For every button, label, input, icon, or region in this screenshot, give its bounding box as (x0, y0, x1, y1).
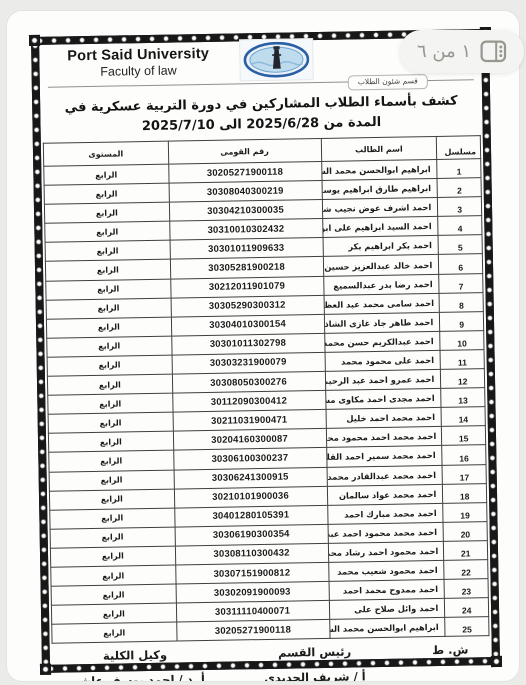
university-logo (239, 38, 314, 81)
cell-level: الرابع (47, 336, 172, 357)
cell-serial: 6 (439, 254, 483, 274)
cell-level: الرابع (49, 489, 174, 510)
cell-serial: 4 (438, 216, 482, 236)
cell-level: الرابع (48, 412, 173, 433)
cell-serial: 7 (439, 273, 483, 293)
cell-student-name: احمد محمد محمود احمد عبد العال (328, 522, 444, 543)
border-corner (491, 656, 502, 667)
cell-serial: 2 (437, 178, 481, 198)
department-label: قسم شئون الطلاب (348, 74, 428, 90)
cell-level: الرابع (44, 164, 169, 185)
cell-level: الرابع (44, 183, 169, 204)
university-name: Port Said University (67, 45, 209, 63)
cell-level: الرابع (46, 317, 171, 338)
cell-student-name: احمد طاهر جاد غازى الشاذلى (324, 312, 440, 333)
column-header-national-id: رقم القومى (168, 138, 321, 164)
cell-serial: 3 (438, 197, 482, 217)
cell-student-name: ابراهيم ابوالحسن محمد السيد (321, 159, 437, 180)
cell-level: الرابع (48, 393, 173, 414)
cell-level: الرابع (48, 431, 173, 452)
cell-serial: 14 (441, 407, 485, 427)
cell-student-name: احمد محمد احمد خليل (326, 408, 442, 429)
cell-level: الرابع (51, 565, 176, 586)
cell-serial: 5 (438, 235, 482, 255)
cell-national-id: 30205271900118 (176, 620, 329, 642)
cell-student-name: احمد عبدالكريم حسن محمد (324, 331, 440, 352)
cell-student-name: احمد خالد عبدالعزيز حسين (323, 255, 439, 276)
cell-student-name: احمد رضا بدر عبدالسميع (323, 274, 439, 295)
cell-serial: 16 (442, 445, 486, 465)
cell-serial: 24 (445, 598, 489, 618)
border-corner (40, 664, 51, 675)
cell-student-name: احمد سامى محمد عبد العظيم ابراهيم (324, 293, 440, 314)
cell-serial: 19 (443, 502, 487, 522)
cell-student-name: احمد اشرف عوض نجيب شباته (322, 198, 438, 219)
cell-serial: 9 (440, 311, 484, 331)
cell-student-name: احمد محمد عواد سالمان (327, 484, 443, 505)
page-indicator-pill[interactable]: ١ من ٦ (400, 30, 524, 73)
dean-title: وكيل الكلية (52, 647, 219, 664)
cell-student-name: احمد بكر ابراهيم بكر (323, 236, 439, 257)
cell-level: الرابع (45, 240, 170, 261)
cell-student-name: ابراهيم طارق ابراهيم يوسف عبد الر (322, 179, 438, 200)
students-table: مسلسل اسم الطالب رقم القومى المستوى 1 اب… (43, 135, 490, 644)
letterhead-text: Port Said University Faculty of law (67, 45, 209, 78)
cell-serial: 11 (440, 350, 484, 370)
cell-serial: 22 (444, 560, 488, 580)
cell-level: الرابع (50, 508, 175, 529)
students-table-body: 1 ابراهيم ابوالحسن محمد السيد 3020527190… (44, 159, 489, 644)
cell-level: الرابع (46, 279, 171, 300)
cell-serial: 20 (443, 521, 487, 541)
document-page[interactable]: Port Said University Faculty of law قسم (6, 10, 520, 682)
cell-student-name: احمد محمد احمد محمود محمد الصاوى (326, 427, 442, 448)
cell-serial: 13 (441, 388, 485, 408)
cell-level: الرابع (51, 603, 176, 624)
cell-student-name: احمد محمد سمير احمد القلينى (326, 446, 442, 467)
dean-name: أ .د / احمد يوسف عاشور (52, 672, 219, 682)
cell-serial: 8 (439, 292, 483, 312)
cell-level: الرابع (50, 546, 175, 567)
cell-level: الرابع (47, 355, 172, 376)
cell-serial: 18 (443, 483, 487, 503)
cell-serial: 15 (442, 426, 486, 446)
cell-student-name: احمد وائل صلاح على (329, 599, 445, 620)
cell-level: الرابع (49, 450, 174, 471)
cell-serial: 1 (437, 159, 481, 179)
department-head-title: رئيس القسم (218, 644, 411, 661)
cell-level: الرابع (49, 470, 174, 491)
cell-student-name: احمد عمرو احمد عبد الرحيم محمد (325, 369, 441, 390)
cell-serial: 25 (445, 617, 489, 637)
faculty-name: Faculty of law (67, 62, 209, 78)
cell-level: الرابع (47, 374, 172, 395)
cell-student-name: احمد مجدى احمد مكاوى مسعود (325, 389, 441, 410)
cell-level: الرابع (44, 202, 169, 223)
cell-student-name: احمد محمود احمد رشاد محمد (328, 541, 444, 562)
cell-student-name: ابراهيم ابوالحسن محمد السيد (329, 618, 445, 639)
cell-student-name: احمد على محمود محمد (325, 350, 441, 371)
cell-student-name: احمد محمد مبارك احمد (327, 503, 443, 524)
cell-student-name: احمد محمود شعيب محمد (328, 560, 444, 581)
column-header-level: المستوى (43, 141, 168, 166)
staff-code: ش. ط (411, 642, 490, 657)
cell-level: الرابع (50, 527, 175, 548)
cell-level: الرابع (45, 221, 170, 242)
cell-student-name: احمد ممدوح محمد احمد (329, 579, 445, 600)
department-head-name: أ / شريف الحديدى (219, 669, 412, 682)
thumbnails-icon (480, 40, 507, 63)
cell-serial: 12 (441, 369, 485, 389)
cell-serial: 21 (444, 540, 488, 560)
cell-level: الرابع (52, 622, 177, 643)
cell-level: الرابع (51, 584, 176, 605)
cell-level: الرابع (45, 260, 170, 281)
lighthouse-logo-icon (243, 41, 310, 78)
scanned-sheet: Port Said University Faculty of law قسم (6, 10, 520, 682)
cell-student-name: احمد السيد ابراهيم على ابوسمره (322, 217, 438, 238)
signature-spacer (411, 667, 490, 682)
cell-level: الرابع (46, 298, 171, 319)
page-indicator-label: ١ من ٦ (417, 41, 471, 62)
border-corner (29, 35, 40, 46)
column-header-name: اسم الطالب (321, 136, 437, 161)
cell-serial: 17 (442, 464, 486, 484)
cell-serial: 23 (444, 579, 488, 599)
cell-serial: 10 (440, 330, 484, 350)
cell-student-name: احمد محمد عبدالقادر محمد (327, 465, 443, 486)
document-content: Port Said University Faculty of law قسم (41, 35, 490, 667)
column-header-serial: مسلسل (437, 136, 481, 160)
